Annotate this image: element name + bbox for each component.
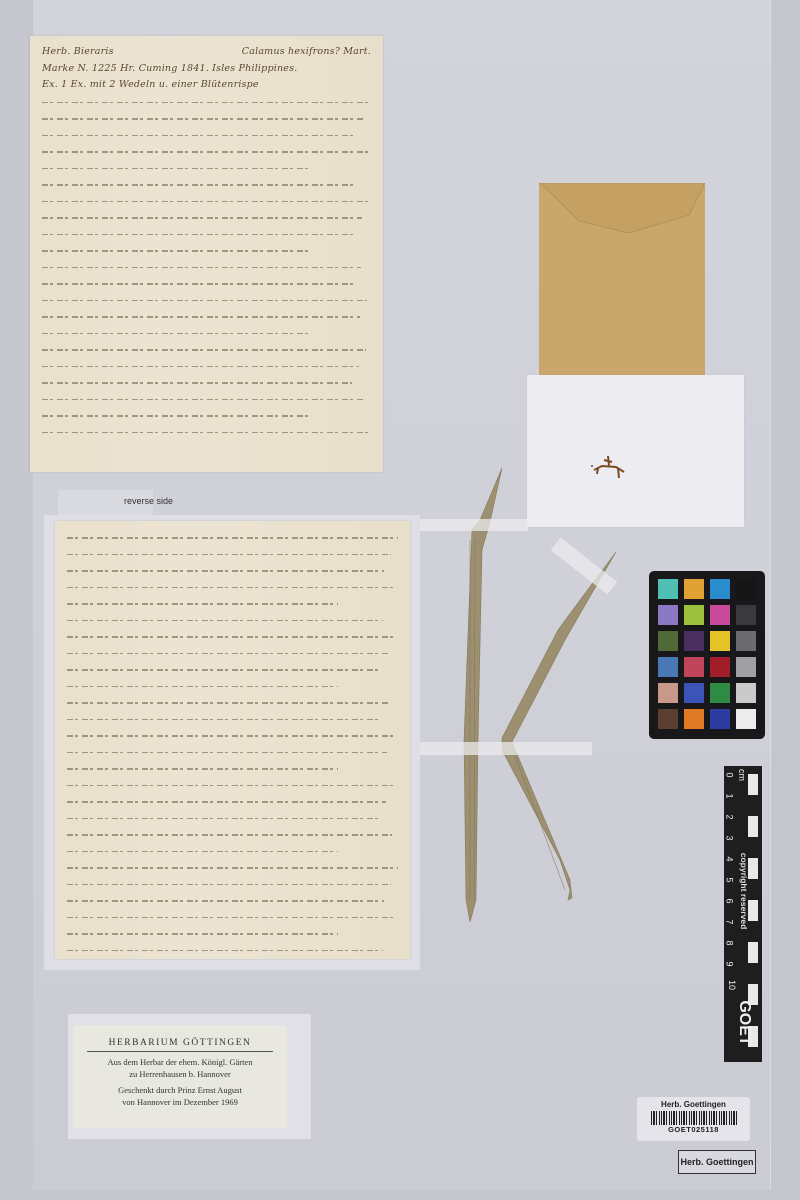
color-swatch <box>658 657 678 677</box>
color-swatch <box>736 709 756 729</box>
color-swatch <box>710 631 730 651</box>
barcode-id: GOET025118 <box>637 1125 750 1134</box>
handwritten-line <box>42 94 371 111</box>
handwritten-line <box>67 678 338 695</box>
color-swatch <box>736 605 756 625</box>
handwritten-line <box>67 777 393 794</box>
handwritten-line <box>42 226 355 243</box>
handwritten-line <box>67 727 394 744</box>
handwritten-line <box>42 424 371 441</box>
handwritten-line <box>67 744 387 761</box>
color-swatch <box>710 709 730 729</box>
handwritten-line <box>42 358 359 375</box>
handwritten-line <box>42 259 361 276</box>
handwritten-line <box>42 275 354 292</box>
color-swatch <box>710 683 730 703</box>
handwritten-line <box>42 242 311 259</box>
envelope-flap-icon <box>539 183 705 233</box>
ruler-tick-label: 2 <box>725 814 735 819</box>
handwritten-line <box>67 612 383 629</box>
letter-line-2: Marke N. 1225 Hr. Cuming 1841. Isles Phi… <box>42 61 371 78</box>
handwritten-line <box>67 529 398 546</box>
ruler-tick-label: 6 <box>725 898 735 903</box>
ruler-unit: cm <box>737 769 747 781</box>
handwritten-line <box>67 793 386 810</box>
ruler-tick-label: 9 <box>725 961 735 966</box>
handwritten-line <box>42 391 365 408</box>
barcode-icon <box>651 1111 737 1125</box>
letter-line-3: Ex. 1 Ex. mit 2 Wedeln u. einer Blütenri… <box>42 77 371 94</box>
handwritten-line <box>42 110 364 127</box>
color-swatch <box>736 579 756 599</box>
handwritten-line <box>42 143 370 160</box>
letter-body <box>42 94 371 441</box>
handwritten-line <box>67 843 338 860</box>
handwritten-line <box>67 562 384 579</box>
handwritten-line <box>67 892 384 909</box>
handwritten-line <box>67 711 381 728</box>
handwritten-letter-back <box>55 521 410 959</box>
handwritten-line <box>67 694 388 711</box>
handwritten-letter-front: Herb. Bieraris Calamus hexifrons? Mart. … <box>30 36 383 472</box>
ruler-tick-label: 4 <box>725 856 735 861</box>
handwritten-line <box>42 407 311 424</box>
letter-header-right: Calamus hexifrons? Mart. <box>242 44 371 61</box>
handwritten-line <box>42 176 356 193</box>
herbarium-title: HERBARIUM GÖTTINGEN <box>87 1038 273 1052</box>
color-swatch <box>658 579 678 599</box>
ruler-tick-label: 1 <box>725 793 735 798</box>
ruler-tick-label: 10 <box>727 980 737 990</box>
color-swatch <box>684 709 704 729</box>
color-swatch <box>658 605 678 625</box>
color-swatch <box>736 683 756 703</box>
handwritten-line <box>67 595 338 612</box>
ruler-copyright: copyright reserved <box>739 841 749 941</box>
handwritten-line <box>42 193 369 210</box>
handwritten-line <box>67 826 392 843</box>
handwritten-line <box>42 374 352 391</box>
mounting-tape <box>420 519 528 531</box>
handwritten-line <box>42 160 311 177</box>
color-swatch <box>736 631 756 651</box>
color-swatch <box>684 579 704 599</box>
mounting-tape <box>420 742 592 755</box>
color-swatch <box>684 605 704 625</box>
handwritten-line <box>67 859 398 876</box>
handwritten-line <box>67 628 396 645</box>
ruler-tick-label: 7 <box>725 919 735 924</box>
goet-logo: GOET <box>735 993 753 1053</box>
handwritten-line <box>67 546 391 563</box>
handwritten-line <box>42 341 366 358</box>
handwritten-line <box>67 942 383 959</box>
handwritten-line <box>67 810 379 827</box>
handwritten-line <box>67 661 382 678</box>
handwritten-line <box>67 909 397 926</box>
color-swatch <box>684 657 704 677</box>
handwritten-line <box>42 325 311 342</box>
ruler-tick-label: 8 <box>725 940 735 945</box>
herbarium-line-4: von Hannover im Dezember 1969 <box>73 1096 287 1108</box>
herbarium-stamp: Herb. Goettingen <box>678 1150 756 1174</box>
color-swatch <box>684 683 704 703</box>
color-swatch <box>658 709 678 729</box>
handwritten-line <box>42 308 360 325</box>
handwritten-line <box>42 127 357 144</box>
herbarium-label: HERBARIUM GÖTTINGEN Aus dem Herbar der e… <box>73 1025 287 1128</box>
color-calibration-chart <box>649 571 765 739</box>
color-swatch <box>710 579 730 599</box>
ruler-tick-label: 0 <box>725 772 735 777</box>
handwritten-line <box>67 760 338 777</box>
barcode-title: Herb. Goettingen <box>637 1100 750 1109</box>
handwritten-line <box>42 292 367 309</box>
herbarium-line-2: zu Herrenhausen b. Hannover <box>73 1068 287 1080</box>
color-swatch <box>710 657 730 677</box>
herbarium-line-3: Geschenkt durch Prinz Ernst August <box>73 1084 287 1096</box>
scale-ruler: copyright reserved GOET 012345678910cm <box>724 766 762 1062</box>
letter-header-left: Herb. Bieraris <box>42 44 114 61</box>
barcode-label: Herb. Goettingen GOET025118 <box>637 1097 750 1141</box>
color-swatch <box>658 683 678 703</box>
color-swatch <box>710 605 730 625</box>
handwritten-line <box>67 579 397 596</box>
handwritten-line <box>67 876 391 893</box>
seed-envelope <box>539 183 705 375</box>
handwritten-line <box>67 645 389 662</box>
color-swatch <box>658 631 678 651</box>
letter-back-body <box>67 529 398 958</box>
ruler-tick-label: 5 <box>725 877 735 882</box>
color-swatch <box>684 631 704 651</box>
handwritten-line <box>42 209 362 226</box>
color-swatch <box>736 657 756 677</box>
letter-header: Herb. Bieraris Calamus hexifrons? Mart. <box>42 44 371 61</box>
reverse-side-label: reverse side <box>124 496 173 506</box>
herbarium-line-1: Aus dem Herbar der ehem. Königl. Gärten <box>73 1056 287 1068</box>
ruler-tick-label: 3 <box>725 835 735 840</box>
handwritten-line <box>67 925 338 942</box>
